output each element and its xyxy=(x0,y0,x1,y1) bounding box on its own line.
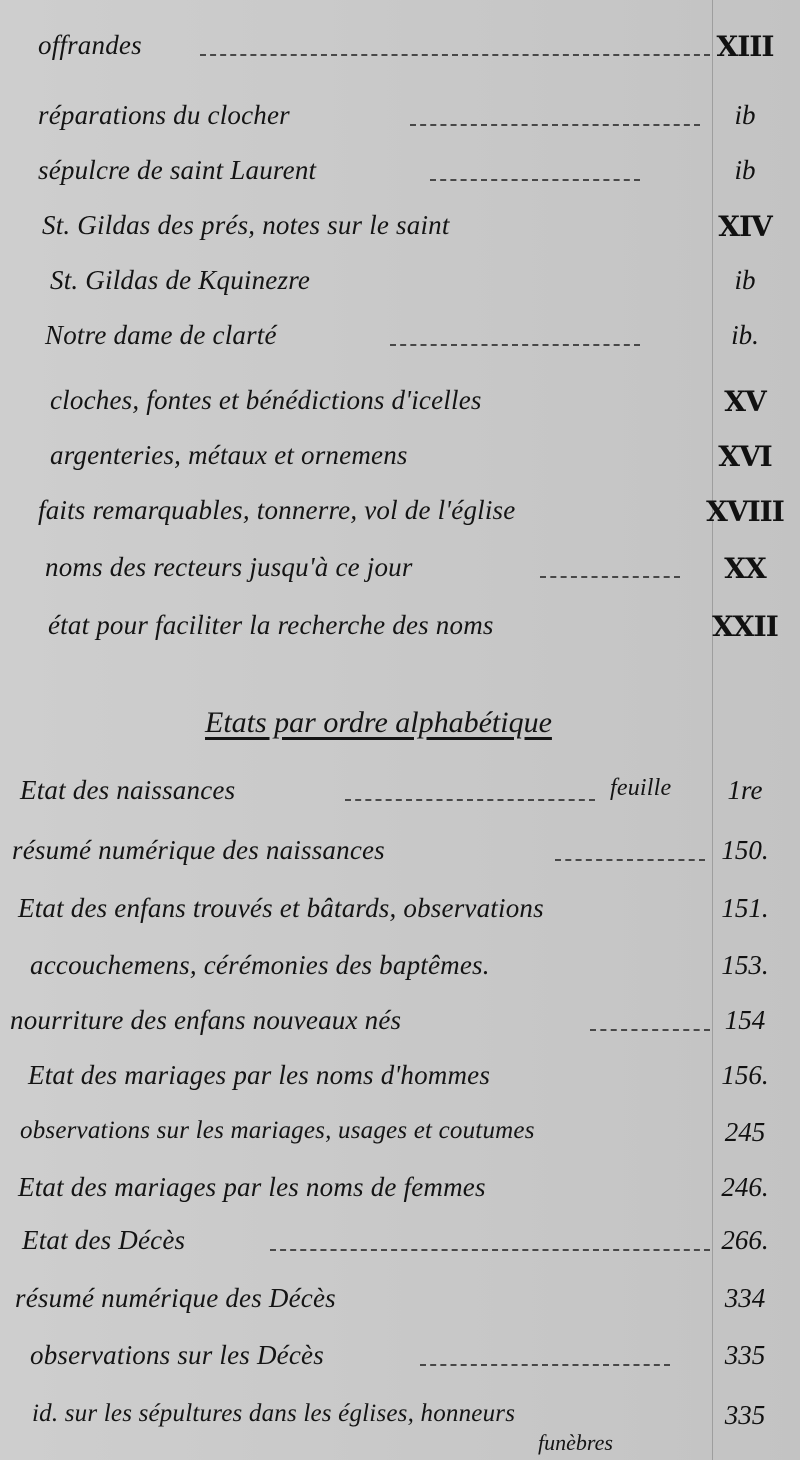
toc-entry: accouchemens, cérémonies des baptêmes. 1… xyxy=(0,950,800,990)
toc-entry: nourriture des enfans nouveaux nés 154 xyxy=(0,1005,800,1045)
dot-leader xyxy=(345,799,595,801)
entry-label: faits remarquables, tonnerre, vol de l'é… xyxy=(38,495,515,526)
entry-label: noms des recteurs jusqu'à ce jour xyxy=(45,552,413,583)
entry-label: offrandes xyxy=(38,30,142,61)
entry-label: Etat des mariages par les noms d'hommes xyxy=(28,1060,490,1091)
dot-leader xyxy=(420,1364,670,1366)
dot-leader xyxy=(390,344,640,346)
entry-page: 150. xyxy=(700,835,790,866)
toc-entry: id. sur les sépultures dans les églises,… xyxy=(0,1400,800,1460)
entry-page: 151. xyxy=(700,893,790,924)
dot-leader xyxy=(540,576,680,578)
toc-entry: Etat des naissances feuille 1re xyxy=(0,775,800,815)
toc-entry: résumé numérique des Décès 334 xyxy=(0,1283,800,1323)
toc-entry: Etat des Décès 266. xyxy=(0,1225,800,1265)
toc-entry: Notre dame de clarté ib. xyxy=(0,320,800,360)
entry-label: résumé numérique des naissances xyxy=(12,835,385,866)
entry-label: cloches, fontes et bénédictions d'icelle… xyxy=(50,385,482,416)
entry-page: XIV xyxy=(700,210,790,243)
dot-leader xyxy=(590,1029,710,1031)
entry-label: accouchemens, cérémonies des baptêmes. xyxy=(30,950,490,981)
toc-entry: offrandes XIII xyxy=(0,30,800,70)
toc-entry: état pour faciliter la recherche des nom… xyxy=(0,610,800,650)
entry-label: observations sur les Décès xyxy=(30,1340,324,1371)
entry-page: ib xyxy=(700,100,790,131)
entry-page: ib. xyxy=(700,320,790,351)
entry-page: 153. xyxy=(700,950,790,981)
entry-page: XXII xyxy=(700,610,790,643)
entry-page: 1re xyxy=(700,775,790,806)
toc-entry: observations sur les mariages, usages et… xyxy=(0,1117,800,1157)
entry-page: 335 xyxy=(700,1400,790,1431)
entry-page: XVIII xyxy=(700,495,790,528)
entry-label: résumé numérique des Décès xyxy=(15,1283,336,1314)
entry-page: 156. xyxy=(700,1060,790,1091)
dot-leader xyxy=(270,1249,710,1251)
entry-label: St. Gildas des prés, notes sur le saint xyxy=(42,210,450,241)
entry-page: XX xyxy=(700,552,790,585)
toc-entry: Etat des mariages par les noms de femmes… xyxy=(0,1172,800,1212)
entry-label: id. sur les sépultures dans les églises,… xyxy=(32,1400,515,1428)
toc-entry: Etat des mariages par les noms d'hommes … xyxy=(0,1060,800,1100)
dot-leader xyxy=(410,124,700,126)
entry-label: réparations du clocher xyxy=(38,100,290,131)
entry-label: Etat des naissances xyxy=(20,775,235,806)
toc-entry: Etat des enfans trouvés et bâtards, obse… xyxy=(0,893,800,933)
section-heading: Etats par ordre alphabétique xyxy=(205,706,552,740)
entry-page: ib xyxy=(700,265,790,296)
entry-page: 154 xyxy=(700,1005,790,1036)
toc-entry: St. Gildas des prés, notes sur le saint … xyxy=(0,210,800,250)
entry-page: XIII xyxy=(700,30,790,63)
toc-entry: réparations du clocher ib xyxy=(0,100,800,140)
toc-entry: argenteries, métaux et ornemens XVI xyxy=(0,440,800,480)
entry-label: St. Gildas de Kquinezre xyxy=(50,265,310,296)
toc-entry: noms des recteurs jusqu'à ce jour XX xyxy=(0,552,800,592)
toc-entry: résumé numérique des naissances 150. xyxy=(0,835,800,875)
dot-leader xyxy=(555,859,705,861)
entry-page: XV xyxy=(700,385,790,418)
entry-label: observations sur les mariages, usages et… xyxy=(20,1117,535,1145)
entry-page: 334 xyxy=(700,1283,790,1314)
entry-page: 266. xyxy=(700,1225,790,1256)
manuscript-page: ​ offrandes XIII réparations du clocher … xyxy=(0,0,800,1460)
entry-label: Etat des mariages par les noms de femmes xyxy=(18,1172,486,1203)
entry-page: XVI xyxy=(700,440,790,473)
entry-label: Etat des Décès xyxy=(22,1225,185,1256)
entry-label: argenteries, métaux et ornemens xyxy=(50,440,408,471)
toc-entry: observations sur les Décès 335 xyxy=(0,1340,800,1380)
entry-label: Notre dame de clarté xyxy=(45,320,277,351)
toc-entry: cloches, fontes et bénédictions d'icelle… xyxy=(0,385,800,425)
entry-label: nourriture des enfans nouveaux nés xyxy=(10,1005,401,1036)
entry-page: 335 xyxy=(700,1340,790,1371)
dot-leader xyxy=(430,179,640,181)
entry-page: ib xyxy=(700,155,790,186)
entry-extra: feuille xyxy=(610,775,671,802)
toc-entry: St. Gildas de Kquinezre ib xyxy=(0,265,800,305)
toc-entry: sépulcre de saint Laurent ib xyxy=(0,155,800,195)
entry-label: état pour faciliter la recherche des nom… xyxy=(48,610,494,641)
toc-entry: faits remarquables, tonnerre, vol de l'é… xyxy=(0,495,800,535)
entry-continuation: funèbres xyxy=(538,1430,613,1456)
dot-leader xyxy=(200,54,710,56)
entry-label: sépulcre de saint Laurent xyxy=(38,155,316,186)
entry-label: Etat des enfans trouvés et bâtards, obse… xyxy=(18,893,544,924)
entry-page: 246. xyxy=(700,1172,790,1203)
entry-page: 245 xyxy=(700,1117,790,1148)
